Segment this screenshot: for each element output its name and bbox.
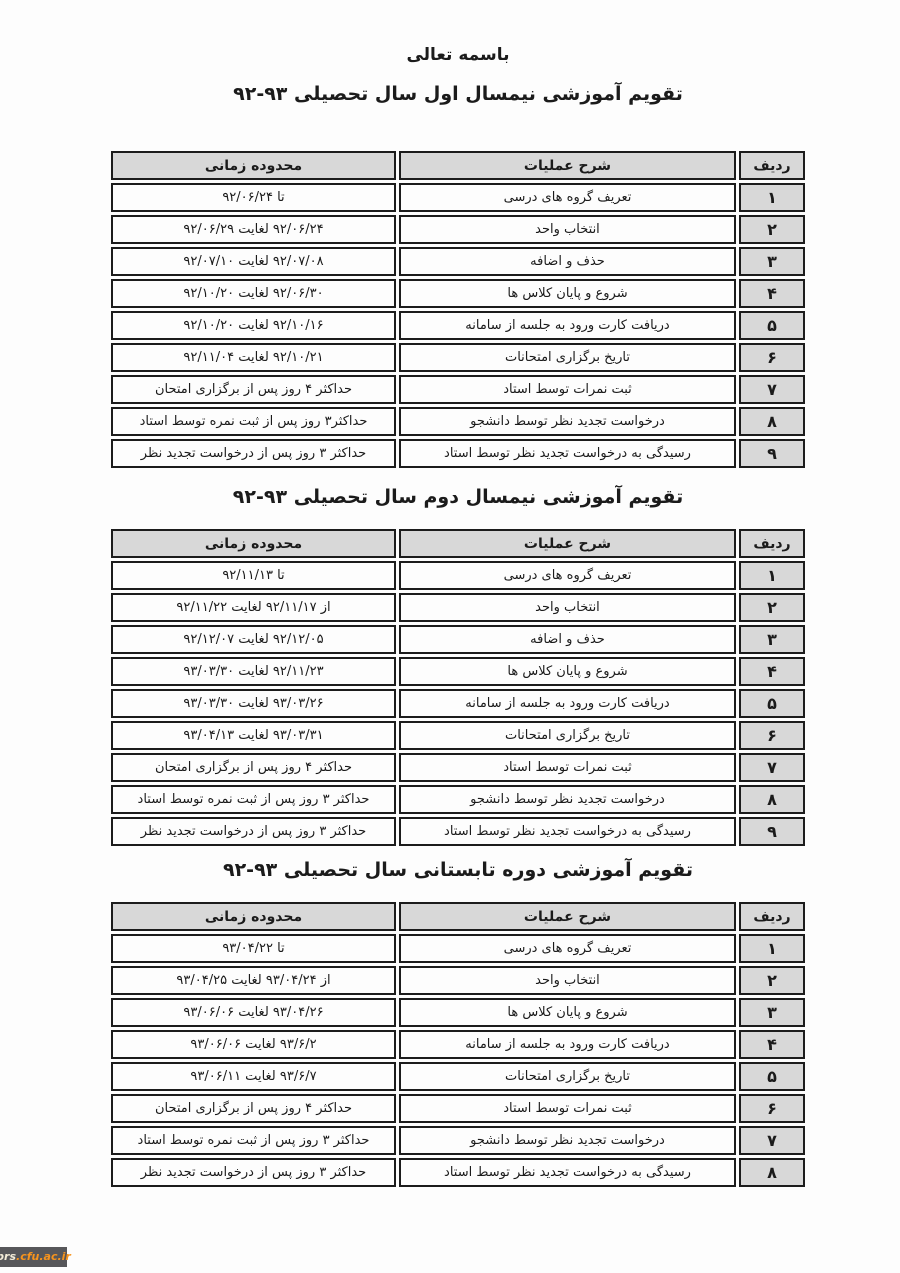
table-row: ۵تاریخ برگزاری امتحانات۹۳/۶/۷ لغایت ۹۳/۰…	[111, 1062, 805, 1091]
operation-cell: تعریف گروه های درسی	[399, 934, 736, 963]
table-row: ۴شروع و پایان کلاس ها۹۲/۱۱/۲۳ لغایت ۹۳/۰…	[111, 657, 805, 686]
table-row: ۴دریافت کارت ورود به جلسه از سامانه۹۳/۶/…	[111, 1030, 805, 1059]
row-number-cell: ۶	[739, 343, 805, 372]
table-row: ۱تعریف گروه های درسیتا ۹۲/۰۶/۲۴	[111, 183, 805, 212]
table-row: ۸درخواست تجدید نظر توسط دانشجوحداکثر۳ رو…	[111, 407, 805, 436]
row-number-cell: ۹	[739, 439, 805, 468]
period-cell: حداکثر ۳ روز پس از درخواست تجدید نظر	[111, 439, 396, 468]
table-row: ۱تعریف گروه های درسیتا ۹۲/۱۱/۱۳	[111, 561, 805, 590]
table-row: ۸درخواست تجدید نظر توسط دانشجوحداکثر ۳ ر…	[111, 785, 805, 814]
row-number-cell: ۲	[739, 593, 805, 622]
watermark-prefix: prs	[0, 1247, 16, 1267]
table-header-row: ردیف شرح عملیات محدوده زمانی	[111, 902, 805, 931]
table-row: ۳شروع و پایان کلاس ها۹۳/۰۴/۲۶ لغایت ۹۳/۰…	[111, 998, 805, 1027]
table-row: ۴شروع و پایان کلاس ها۹۲/۰۶/۳۰ لغایت ۹۲/۱…	[111, 279, 805, 308]
calendar-section-summer: تقویم آموزشی دوره تابستانی سال تحصیلی ۹۳…	[0, 857, 900, 1190]
row-number-cell: ۴	[739, 279, 805, 308]
column-header-operation: شرح عملیات	[399, 529, 736, 558]
period-cell: ۹۲/۱۲/۰۵ لغایت ۹۲/۱۲/۰۷	[111, 625, 396, 654]
operation-cell: حذف و اضافه	[399, 625, 736, 654]
column-header-row-number: ردیف	[739, 902, 805, 931]
period-cell: ۹۲/۱۱/۲۳ لغایت ۹۳/۰۳/۳۰	[111, 657, 396, 686]
operation-cell: تاریخ برگزاری امتحانات	[399, 721, 736, 750]
period-cell: از ۹۲/۱۱/۱۷ لغایت ۹۲/۱۱/۲۲	[111, 593, 396, 622]
calendar-section-semester-1: تقویم آموزشی نیمسال اول سال تحصیلی ۹۳-۹۲…	[0, 81, 900, 471]
calendar-section-semester-2: تقویم آموزشی نیمسال دوم سال تحصیلی ۹۳-۹۲…	[0, 484, 900, 849]
row-number-cell: ۳	[739, 998, 805, 1027]
operation-cell: تاریخ برگزاری امتحانات	[399, 343, 736, 372]
row-number-cell: ۴	[739, 1030, 805, 1059]
row-number-cell: ۶	[739, 721, 805, 750]
operation-cell: ثبت نمرات توسط استاد	[399, 375, 736, 404]
row-number-cell: ۶	[739, 1094, 805, 1123]
row-number-cell: ۹	[739, 817, 805, 846]
period-cell: ۹۳/۰۳/۲۶ لغایت ۹۳/۰۳/۳۰	[111, 689, 396, 718]
calendar-table: ردیف شرح عملیات محدوده زمانی ۱تعریف گروه…	[108, 148, 808, 471]
period-cell: حداکثر ۳ روز پس از ثبت نمره توسط استاد	[111, 1126, 396, 1155]
operation-cell: درخواست تجدید نظر توسط دانشجو	[399, 1126, 736, 1155]
row-number-cell: ۱	[739, 561, 805, 590]
watermark-badge: prs.cfu.ac.ir	[0, 1247, 67, 1267]
period-cell: ۹۲/۱۰/۲۱ لغایت ۹۲/۱۱/۰۴	[111, 343, 396, 372]
period-cell: ۹۲/۱۰/۱۶ لغایت ۹۲/۱۰/۲۰	[111, 311, 396, 340]
period-cell: ۹۳/۰۳/۳۱ لغایت ۹۳/۰۴/۱۳	[111, 721, 396, 750]
period-cell: تا ۹۲/۰۶/۲۴	[111, 183, 396, 212]
table-row: ۷ثبت نمرات توسط استادحداکثر ۴ روز پس از …	[111, 753, 805, 782]
operation-cell: انتخاب واحد	[399, 215, 736, 244]
table-row: ۷ثبت نمرات توسط استادحداکثر ۴ روز پس از …	[111, 375, 805, 404]
row-number-cell: ۸	[739, 407, 805, 436]
period-cell: تا ۹۲/۱۱/۱۳	[111, 561, 396, 590]
operation-cell: رسیدگی به درخواست تجدید نظر توسط استاد	[399, 817, 736, 846]
period-cell: حداکثر ۳ روز پس از درخواست تجدید نظر	[111, 817, 396, 846]
table-row: ۵دریافت کارت ورود به جلسه از سامانه۹۲/۱۰…	[111, 311, 805, 340]
document-page: باسمه تعالی تقویم آموزشی نیمسال اول سال …	[0, 0, 900, 1273]
table-row: ۵دریافت کارت ورود به جلسه از سامانه۹۳/۰۳…	[111, 689, 805, 718]
operation-cell: ثبت نمرات توسط استاد	[399, 1094, 736, 1123]
operation-cell: تعریف گروه های درسی	[399, 561, 736, 590]
row-number-cell: ۵	[739, 689, 805, 718]
period-cell: از ۹۳/۰۴/۲۴ لغایت ۹۳/۰۴/۲۵	[111, 966, 396, 995]
operation-cell: انتخاب واحد	[399, 966, 736, 995]
period-cell: ۹۳/۶/۷ لغایت ۹۳/۰۶/۱۱	[111, 1062, 396, 1091]
period-cell: ۹۲/۰۶/۳۰ لغایت ۹۲/۱۰/۲۰	[111, 279, 396, 308]
period-cell: ۹۲/۰۷/۰۸ لغایت ۹۲/۰۷/۱۰	[111, 247, 396, 276]
period-cell: ۹۳/۰۴/۲۶ لغایت ۹۳/۰۶/۰۶	[111, 998, 396, 1027]
row-number-cell: ۸	[739, 1158, 805, 1187]
column-header-row-number: ردیف	[739, 151, 805, 180]
row-number-cell: ۵	[739, 311, 805, 340]
calendar-title: تقویم آموزشی نیمسال دوم سال تحصیلی ۹۳-۹۲	[108, 484, 808, 511]
table-header-row: ردیف شرح عملیات محدوده زمانی	[111, 529, 805, 558]
period-cell: ۹۳/۶/۲ لغایت ۹۳/۰۶/۰۶	[111, 1030, 396, 1059]
row-number-cell: ۳	[739, 247, 805, 276]
operation-cell: رسیدگی به درخواست تجدید نظر توسط استاد	[399, 1158, 736, 1187]
row-number-cell: ۱	[739, 934, 805, 963]
table-row: ۳حذف و اضافه۹۲/۱۲/۰۵ لغایت ۹۲/۱۲/۰۷	[111, 625, 805, 654]
period-cell: حداکثر ۴ روز پس از برگزاری امتحان	[111, 753, 396, 782]
table-row: ۹رسیدگی به درخواست تجدید نظر توسط استادح…	[111, 439, 805, 468]
operation-cell: درخواست تجدید نظر توسط دانشجو	[399, 407, 736, 436]
period-cell: ۹۲/۰۶/۲۴ لغایت ۹۲/۰۶/۲۹	[111, 215, 396, 244]
calendar-table: ردیف شرح عملیات محدوده زمانی ۱تعریف گروه…	[108, 526, 808, 849]
operation-cell: تعریف گروه های درسی	[399, 183, 736, 212]
row-number-cell: ۷	[739, 753, 805, 782]
operation-cell: انتخاب واحد	[399, 593, 736, 622]
watermark-suffix: .cfu.ac.ir	[16, 1247, 71, 1267]
row-number-cell: ۷	[739, 1126, 805, 1155]
table-header-row: ردیف شرح عملیات محدوده زمانی	[111, 151, 805, 180]
table-row: ۷درخواست تجدید نظر توسط دانشجوحداکثر ۳ ر…	[111, 1126, 805, 1155]
period-cell: حداکثر ۴ روز پس از برگزاری امتحان	[111, 375, 396, 404]
operation-cell: شروع و پایان کلاس ها	[399, 279, 736, 308]
row-number-cell: ۱	[739, 183, 805, 212]
table-row: ۲انتخاب واحداز ۹۲/۱۱/۱۷ لغایت ۹۲/۱۱/۲۲	[111, 593, 805, 622]
calendar-title: تقویم آموزشی دوره تابستانی سال تحصیلی ۹۳…	[108, 857, 808, 884]
operation-cell: دریافت کارت ورود به جلسه از سامانه	[399, 689, 736, 718]
row-number-cell: ۳	[739, 625, 805, 654]
operation-cell: درخواست تجدید نظر توسط دانشجو	[399, 785, 736, 814]
row-number-cell: ۲	[739, 966, 805, 995]
operation-cell: دریافت کارت ورود به جلسه از سامانه	[399, 1030, 736, 1059]
period-cell: تا ۹۳/۰۴/۲۲	[111, 934, 396, 963]
calendar-title: تقویم آموزشی نیمسال اول سال تحصیلی ۹۳-۹۲	[108, 81, 808, 108]
column-header-operation: شرح عملیات	[399, 151, 736, 180]
operation-cell: شروع و پایان کلاس ها	[399, 998, 736, 1027]
period-cell: حداکثر ۳ روز پس از درخواست تجدید نظر	[111, 1158, 396, 1187]
table-row: ۶تاریخ برگزاری امتحانات۹۳/۰۳/۳۱ لغایت ۹۳…	[111, 721, 805, 750]
table-row: ۶تاریخ برگزاری امتحانات۹۲/۱۰/۲۱ لغایت ۹۲…	[111, 343, 805, 372]
table-row: ۱تعریف گروه های درسیتا ۹۳/۰۴/۲۲	[111, 934, 805, 963]
operation-cell: تاریخ برگزاری امتحانات	[399, 1062, 736, 1091]
row-number-cell: ۵	[739, 1062, 805, 1091]
period-cell: حداکثر ۳ روز پس از ثبت نمره توسط استاد	[111, 785, 396, 814]
column-header-period: محدوده زمانی	[111, 529, 396, 558]
bismillah-heading: باسمه تعالی	[108, 44, 808, 67]
table-row: ۶ثبت نمرات توسط استادحداکثر ۴ روز پس از …	[111, 1094, 805, 1123]
column-header-operation: شرح عملیات	[399, 902, 736, 931]
calendar-table: ردیف شرح عملیات محدوده زمانی ۱تعریف گروه…	[108, 899, 808, 1190]
operation-cell: حذف و اضافه	[399, 247, 736, 276]
table-row: ۲انتخاب واحداز ۹۳/۰۴/۲۴ لغایت ۹۳/۰۴/۲۵	[111, 966, 805, 995]
table-row: ۳حذف و اضافه۹۲/۰۷/۰۸ لغایت ۹۲/۰۷/۱۰	[111, 247, 805, 276]
period-cell: حداکثر۳ روز پس از ثبت نمره توسط استاد	[111, 407, 396, 436]
row-number-cell: ۲	[739, 215, 805, 244]
operation-cell: رسیدگی به درخواست تجدید نظر توسط استاد	[399, 439, 736, 468]
operation-cell: شروع و پایان کلاس ها	[399, 657, 736, 686]
row-number-cell: ۸	[739, 785, 805, 814]
period-cell: حداکثر ۴ روز پس از برگزاری امتحان	[111, 1094, 396, 1123]
column-header-period: محدوده زمانی	[111, 151, 396, 180]
table-row: ۸رسیدگی به درخواست تجدید نظر توسط استادح…	[111, 1158, 805, 1187]
table-row: ۲انتخاب واحد۹۲/۰۶/۲۴ لغایت ۹۲/۰۶/۲۹	[111, 215, 805, 244]
row-number-cell: ۴	[739, 657, 805, 686]
operation-cell: دریافت کارت ورود به جلسه از سامانه	[399, 311, 736, 340]
column-header-period: محدوده زمانی	[111, 902, 396, 931]
table-row: ۹رسیدگی به درخواست تجدید نظر توسط استادح…	[111, 817, 805, 846]
operation-cell: ثبت نمرات توسط استاد	[399, 753, 736, 782]
column-header-row-number: ردیف	[739, 529, 805, 558]
row-number-cell: ۷	[739, 375, 805, 404]
